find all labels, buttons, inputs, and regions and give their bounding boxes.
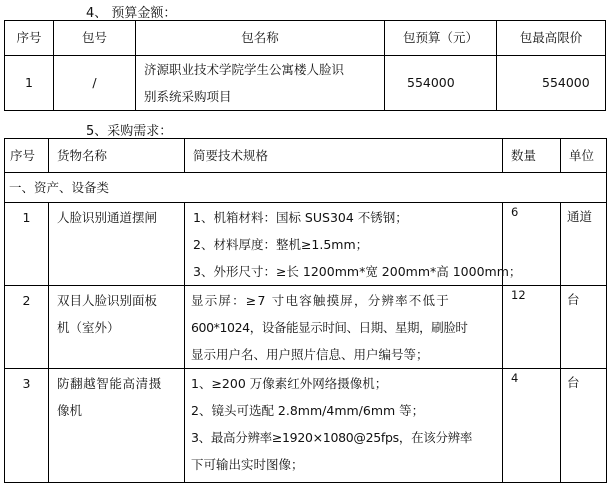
- header-unit: 单位: [561, 139, 607, 173]
- row-qty: 4: [503, 369, 561, 483]
- header-package-name: 包名称: [136, 21, 385, 56]
- goods-name-line: 像机: [57, 397, 184, 424]
- requirements-table-header: 序号 货物名称 简要技术规格 数量 单位: [5, 139, 607, 173]
- header-budget: 包预算（元）: [385, 21, 497, 56]
- row-spec: 1、机箱材料：国标 SUS304 不锈钢； 2、材料厚度：整机≥1.5mm； 3…: [185, 203, 503, 286]
- budget-table-header: 序号 包号 包名称 包预算（元） 包最高限价: [5, 21, 606, 56]
- table-row: 1 人脸识别通道摆闸 1、机箱材料：国标 SUS304 不锈钢； 2、材料厚度：…: [5, 203, 607, 286]
- row-goods-name: 双目人脸识别面板 机（室外）: [49, 286, 185, 369]
- header-no: 序号: [5, 21, 54, 56]
- spec-line: 1、机箱材料：国标 SUS304 不锈钢；: [193, 204, 502, 231]
- spec-line: 600*1024，设备能显示时间、日期、星期，刷脸时: [191, 314, 502, 341]
- goods-name-line: 防翻越智能高清摄: [57, 370, 184, 397]
- row-goods-name: 人脸识别通道摆闸: [49, 203, 185, 286]
- spec-line: 下可输出实时图像；: [191, 451, 502, 478]
- row-goods-name: 防翻越智能高清摄 像机: [49, 369, 185, 483]
- row-package-no: /: [54, 56, 136, 111]
- row-qty: 12: [503, 286, 561, 369]
- spec-line: 显示用户名、用户照片信息、用户编号等；: [191, 341, 502, 368]
- header-no: 序号: [5, 139, 49, 173]
- row-unit: 通道: [561, 203, 607, 286]
- goods-name-line: 机（室外）: [57, 314, 184, 341]
- spec-line: 2、镜头可选配 2.8mm/4mm/6mm 等；: [191, 397, 502, 424]
- goods-name-line: 双目人脸识别面板: [57, 287, 184, 314]
- category-label: 一、资产、设备类: [5, 173, 607, 203]
- requirements-table: 序号 货物名称 简要技术规格 数量 单位 一、资产、设备类 1 人脸识别通道摆闸…: [4, 138, 607, 483]
- row-budget: 554000: [385, 56, 497, 111]
- category-row: 一、资产、设备类: [5, 173, 607, 203]
- spec-line: 1、≥200 万像素红外网络摄像机；: [191, 370, 502, 397]
- row-unit: 台: [561, 286, 607, 369]
- spec-line: 3、最高分辨率≥1920×1080@25fps，在该分辨率: [191, 424, 502, 451]
- budget-table: 序号 包号 包名称 包预算（元） 包最高限价 1 / 济源职业技术学院学生公寓楼…: [4, 20, 606, 111]
- row-max-price: 554000: [497, 56, 606, 111]
- goods-name-line: 人脸识别通道摆闸: [57, 204, 184, 231]
- row-package-name: 济源职业技术学院学生公寓楼人脸识 别系统采购项目: [136, 56, 385, 111]
- package-name-line: 济源职业技术学院学生公寓楼人脸识: [144, 56, 384, 83]
- header-goods-name: 货物名称: [49, 139, 185, 173]
- header-max-price: 包最高限价: [497, 21, 606, 56]
- spec-line: 2、材料厚度：整机≥1.5mm；: [193, 231, 502, 258]
- row-unit: 台: [561, 369, 607, 483]
- row-no: 1: [5, 56, 54, 111]
- section4-title: 4、 预算金额：: [86, 2, 176, 21]
- header-qty: 数量: [503, 139, 561, 173]
- row-no: 3: [5, 369, 49, 483]
- table-row: 1 / 济源职业技术学院学生公寓楼人脸识 别系统采购项目 554000 5540…: [5, 56, 606, 111]
- header-package-no: 包号: [54, 21, 136, 56]
- row-no: 2: [5, 286, 49, 369]
- table-row: 2 双目人脸识别面板 机（室外） 显示屏：≥7 寸电容触摸屏，分辨率不低于 60…: [5, 286, 607, 369]
- section5-title: 5、采购需求：: [86, 120, 172, 139]
- table-row: 3 防翻越智能高清摄 像机 1、≥200 万像素红外网络摄像机； 2、镜头可选配…: [5, 369, 607, 483]
- row-spec: 显示屏：≥7 寸电容触摸屏，分辨率不低于 600*1024，设备能显示时间、日期…: [185, 286, 503, 369]
- row-spec: 1、≥200 万像素红外网络摄像机； 2、镜头可选配 2.8mm/4mm/6mm…: [185, 369, 503, 483]
- spec-line: 3、外形尺寸：≥长 1200mm*宽 200mm*高 1000mm；: [193, 258, 502, 285]
- spec-line: 显示屏：≥7 寸电容触摸屏，分辨率不低于: [191, 287, 502, 314]
- row-no: 1: [5, 203, 49, 286]
- package-name-line: 别系统采购项目: [144, 83, 384, 110]
- header-spec: 简要技术规格: [185, 139, 503, 173]
